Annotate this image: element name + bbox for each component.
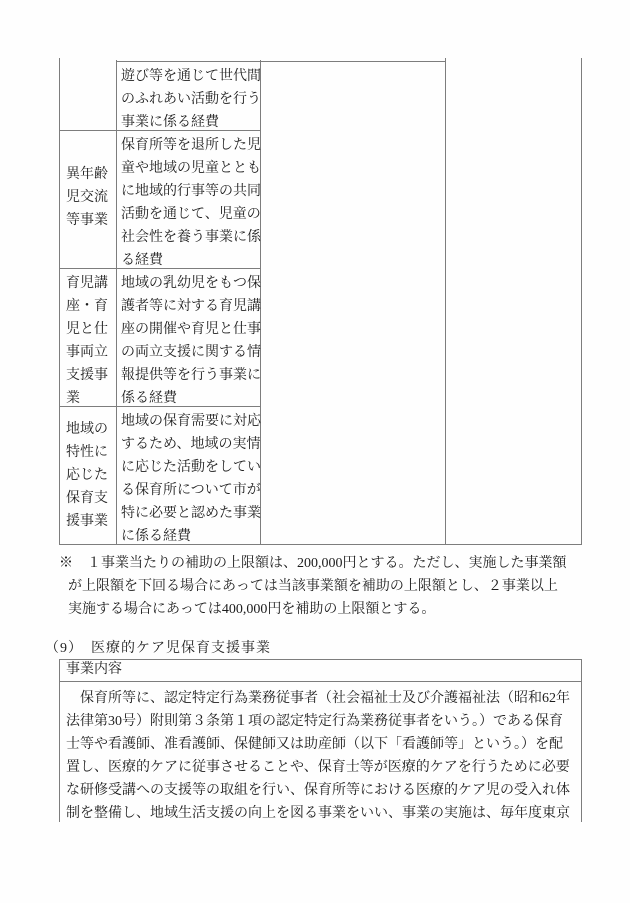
lower-table-body: 保育所等に、認定特定行為業務従事者（社会福祉士及び介護福祉法（昭和62年 法律第… (66, 687, 570, 825)
upper-table-border-col3 (445, 58, 446, 544)
note-line-2: が上限額を下回る場合にあっては当該事業額を補助の上限額とし、２事業以上 (68, 575, 558, 598)
upper-table-desc-row3: 地域の保育需要に対応 するため、地域の実情 に応じた活動をしてい る保育所につい… (121, 410, 261, 548)
lower-table-border-header (59, 681, 582, 682)
upper-table-desc-row1: 保育所等を退所した児 童や地域の児童ととも に地域的行事等の共同 活動を通じて、… (121, 134, 261, 272)
upper-table-border-top-partial (116, 61, 446, 62)
upper-table-label-row2: 育児講 座・育 児と仕 事両立 支援事 業 (66, 272, 108, 410)
lower-table-border-right (581, 659, 582, 822)
note-line-3: 実施する場合にあっては400,000円を補助の上限額とする。 (68, 598, 435, 621)
lower-table-border-top (59, 659, 582, 660)
upper-table-border-col1 (116, 60, 117, 544)
section-heading: （9） 医療的ケア児保育支援事業 (45, 637, 271, 660)
note-line-1: ※ １事業当たりの補助の上限額は、200,000円とする。ただし、実施した事業額 (59, 552, 567, 575)
upper-table-desc-row2: 地域の乳幼児をもつ保 護者等に対する育児講 座の開催や育児と仕事 の両立支援に関… (121, 272, 261, 410)
upper-table-border-right (581, 58, 582, 544)
upper-table-desc-partial-row: 遊び等を通じて世代間 のふれあい活動を行う 事業に係る経費 (121, 65, 261, 134)
upper-table-label-row3: 地域の 特性に 応じた 保育支 援事業 (66, 418, 108, 533)
document-page: 遊び等を通じて世代間 のふれあい活動を行う 事業に係る経費 異年齢 児交流 等事… (0, 0, 630, 903)
lower-table-border-left (59, 659, 60, 822)
upper-table-label-row1: 異年齢 児交流 等事業 (66, 163, 108, 232)
lower-table-header: 事業内容 (66, 660, 122, 680)
